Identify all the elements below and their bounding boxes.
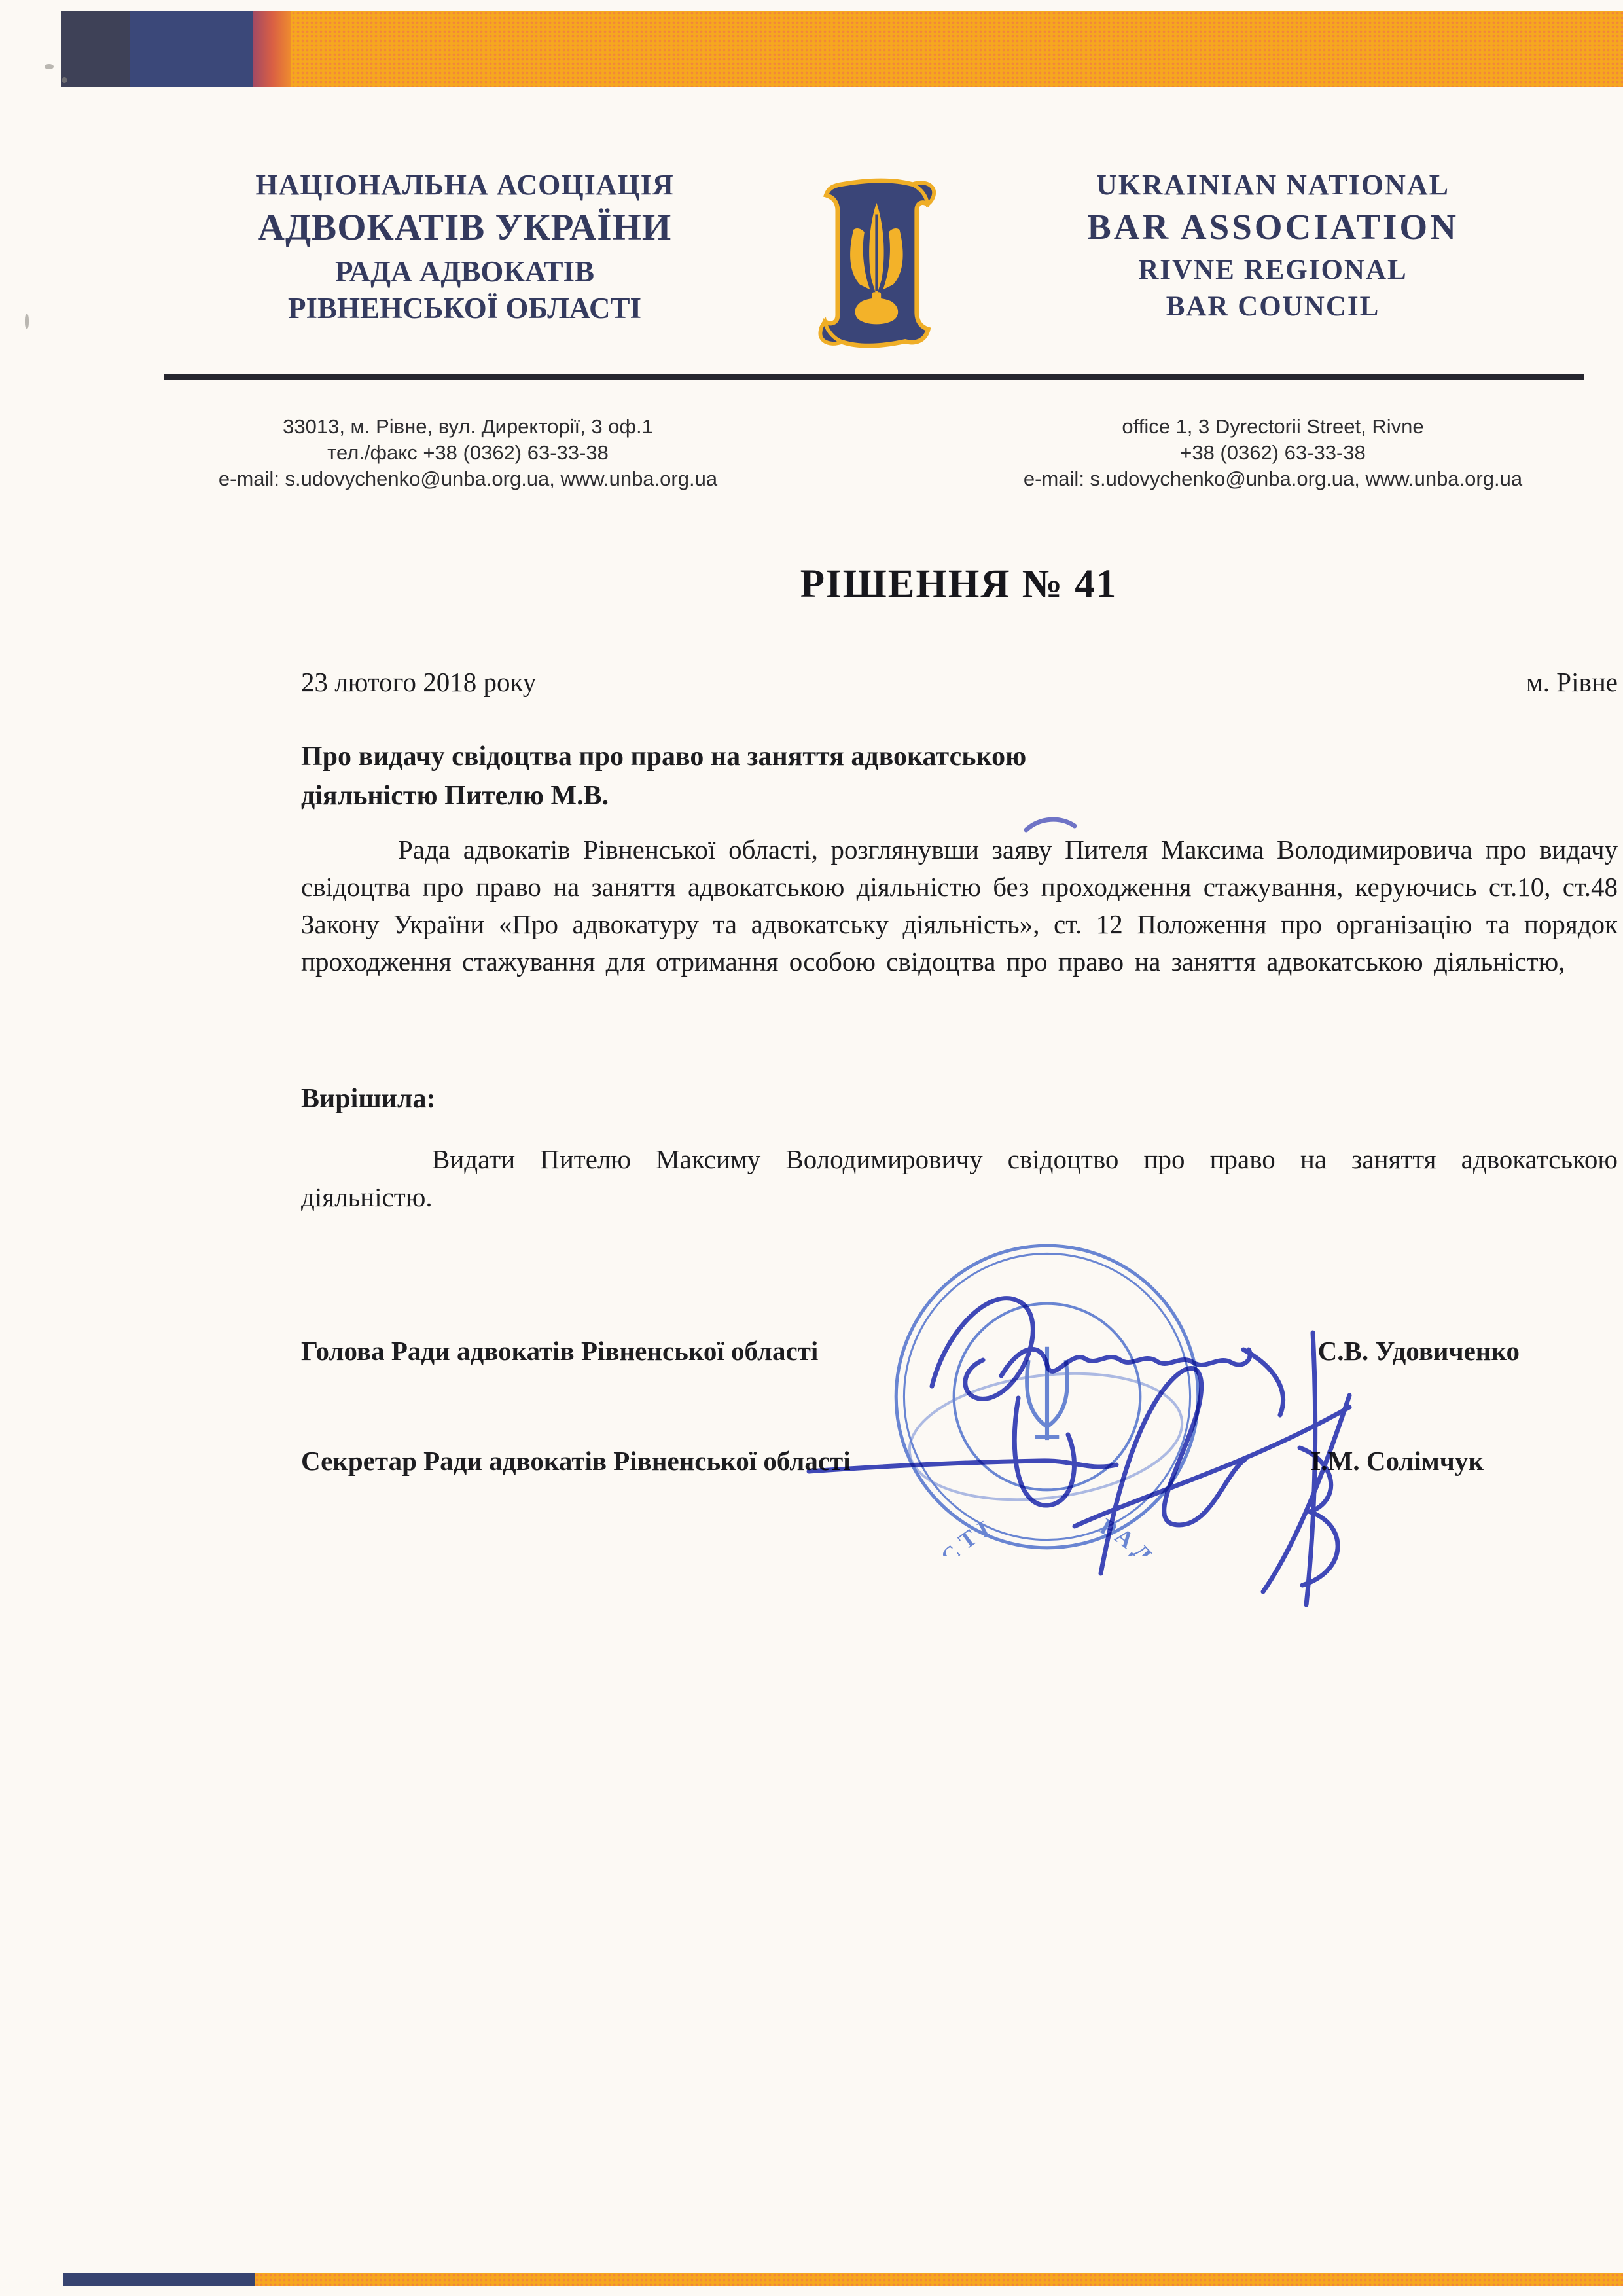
signatory-name-head: С.В. Удовиченко: [1318, 1335, 1520, 1367]
subject-line-1: Про видачу свідоцтва про право на занятт…: [301, 737, 1152, 776]
signatory-name-secretary: І.М. Солімчук: [1310, 1445, 1484, 1477]
resolved-label: Вирішила:: [301, 1083, 435, 1115]
resolution-paragraph: Видати Пителю Максиму Володимировичу сві…: [301, 1140, 1618, 1216]
contact-block-ua: 33013, м. Рівне, вул. Директорії, 3 оф.1…: [164, 414, 772, 492]
contact-ua-email: e-mail: s.udovychenko@unba.org.ua, www.u…: [164, 466, 772, 492]
org-name-ua-line1: НАЦІОНАЛЬНА АСОЦІАЦІЯ: [177, 168, 753, 203]
org-name-en-line1: UKRAINIAN NATIONAL: [978, 168, 1567, 203]
signatory-title-secretary: Секретар Ради адвокатів Рівненської обла…: [301, 1445, 851, 1477]
org-name-ua-line4: РІВНЕНСЬКОЇ ОБЛАСТІ: [177, 291, 753, 326]
stamp-ring-text: РАДА АДВОКАТІВ РІВНЕНСЬКОЇ ОБЛАСТІ: [902, 1513, 1192, 1556]
scan-speck: [62, 77, 67, 83]
decision-date: 23 лютого 2018 року: [301, 666, 536, 698]
contact-en-email: e-mail: s.udovychenko@unba.org.ua, www.u…: [969, 466, 1577, 492]
org-name-en-line3: RIVNE REGIONAL: [978, 251, 1567, 289]
decision-subject: Про видачу свідоцтва про право на занятт…: [301, 737, 1152, 816]
bar-segment-dark: [61, 11, 130, 87]
bar-segment-red: [253, 11, 291, 87]
decision-title: РІШЕННЯ № 41: [301, 562, 1616, 607]
bar-segment-orange: [291, 11, 1623, 87]
decision-place: м. Рівне: [1526, 666, 1618, 698]
bar-segment-navy-bottom: [63, 2273, 255, 2286]
scroll-trident-logo-icon: [809, 169, 936, 359]
org-name-ua-line2: АДВОКАТІВ УКРАЇНИ: [177, 203, 753, 253]
org-name-ua-line3: РАДА АДВОКАТІВ: [177, 253, 753, 291]
bar-segment-orange-bottom: [255, 2273, 1623, 2286]
contact-block-en: office 1, 3 Dyrectorii Street, Rivne +38…: [969, 414, 1577, 492]
stamp-trident-glyph: [1027, 1347, 1067, 1440]
scanned-decision-document: НАЦІОНАЛЬНА АСОЦІАЦІЯ АДВОКАТІВ УКРАЇНИ …: [0, 0, 1623, 2296]
contact-ua-address: 33013, м. Рівне, вул. Директорії, 3 оф.1: [164, 414, 772, 440]
scan-speck: [25, 314, 29, 329]
date-place-row: 23 лютого 2018 року м. Рівне: [301, 666, 1618, 698]
bar-segment-navy: [130, 11, 253, 87]
org-name-en-line2: BAR ASSOCIATION: [978, 203, 1567, 251]
subject-line-2: діяльністю Пителю М.В.: [301, 776, 1152, 816]
contact-en-address: office 1, 3 Dyrectorii Street, Rivne: [969, 414, 1577, 440]
scan-speck: [45, 64, 54, 69]
letterhead-english: UKRAINIAN NATIONAL BAR ASSOCIATION RIVNE…: [978, 168, 1567, 325]
contact-ua-phone: тел./факс +38 (0362) 63-33-38: [164, 440, 772, 466]
signatory-title-head: Голова Ради адвокатів Рівненської област…: [301, 1335, 818, 1367]
decision-body-paragraph: Рада адвокатів Рівненської області, розг…: [301, 831, 1618, 980]
bottom-decorative-bar: [63, 2273, 1623, 2286]
contact-en-phone: +38 (0362) 63-33-38: [969, 440, 1577, 466]
round-seal-stamp-icon: РАДА АДВОКАТІВ РІВНЕНСЬКОЇ ОБЛАСТІ УКРАЇ…: [887, 1237, 1207, 1556]
letterhead-ukrainian: НАЦІОНАЛЬНА АСОЦІАЦІЯ АДВОКАТІВ УКРАЇНИ …: [177, 168, 753, 326]
letterhead-divider-rule: [164, 374, 1584, 380]
org-name-en-line4: BAR COUNCIL: [978, 289, 1567, 325]
top-decorative-bar: [61, 11, 1623, 87]
svg-text:РАДА АДВОКАТІВ РІВНЕНСЬКОЇ ОБЛ: РАДА АДВОКАТІВ РІВНЕНСЬКОЇ ОБЛАСТІ: [902, 1513, 1192, 1556]
